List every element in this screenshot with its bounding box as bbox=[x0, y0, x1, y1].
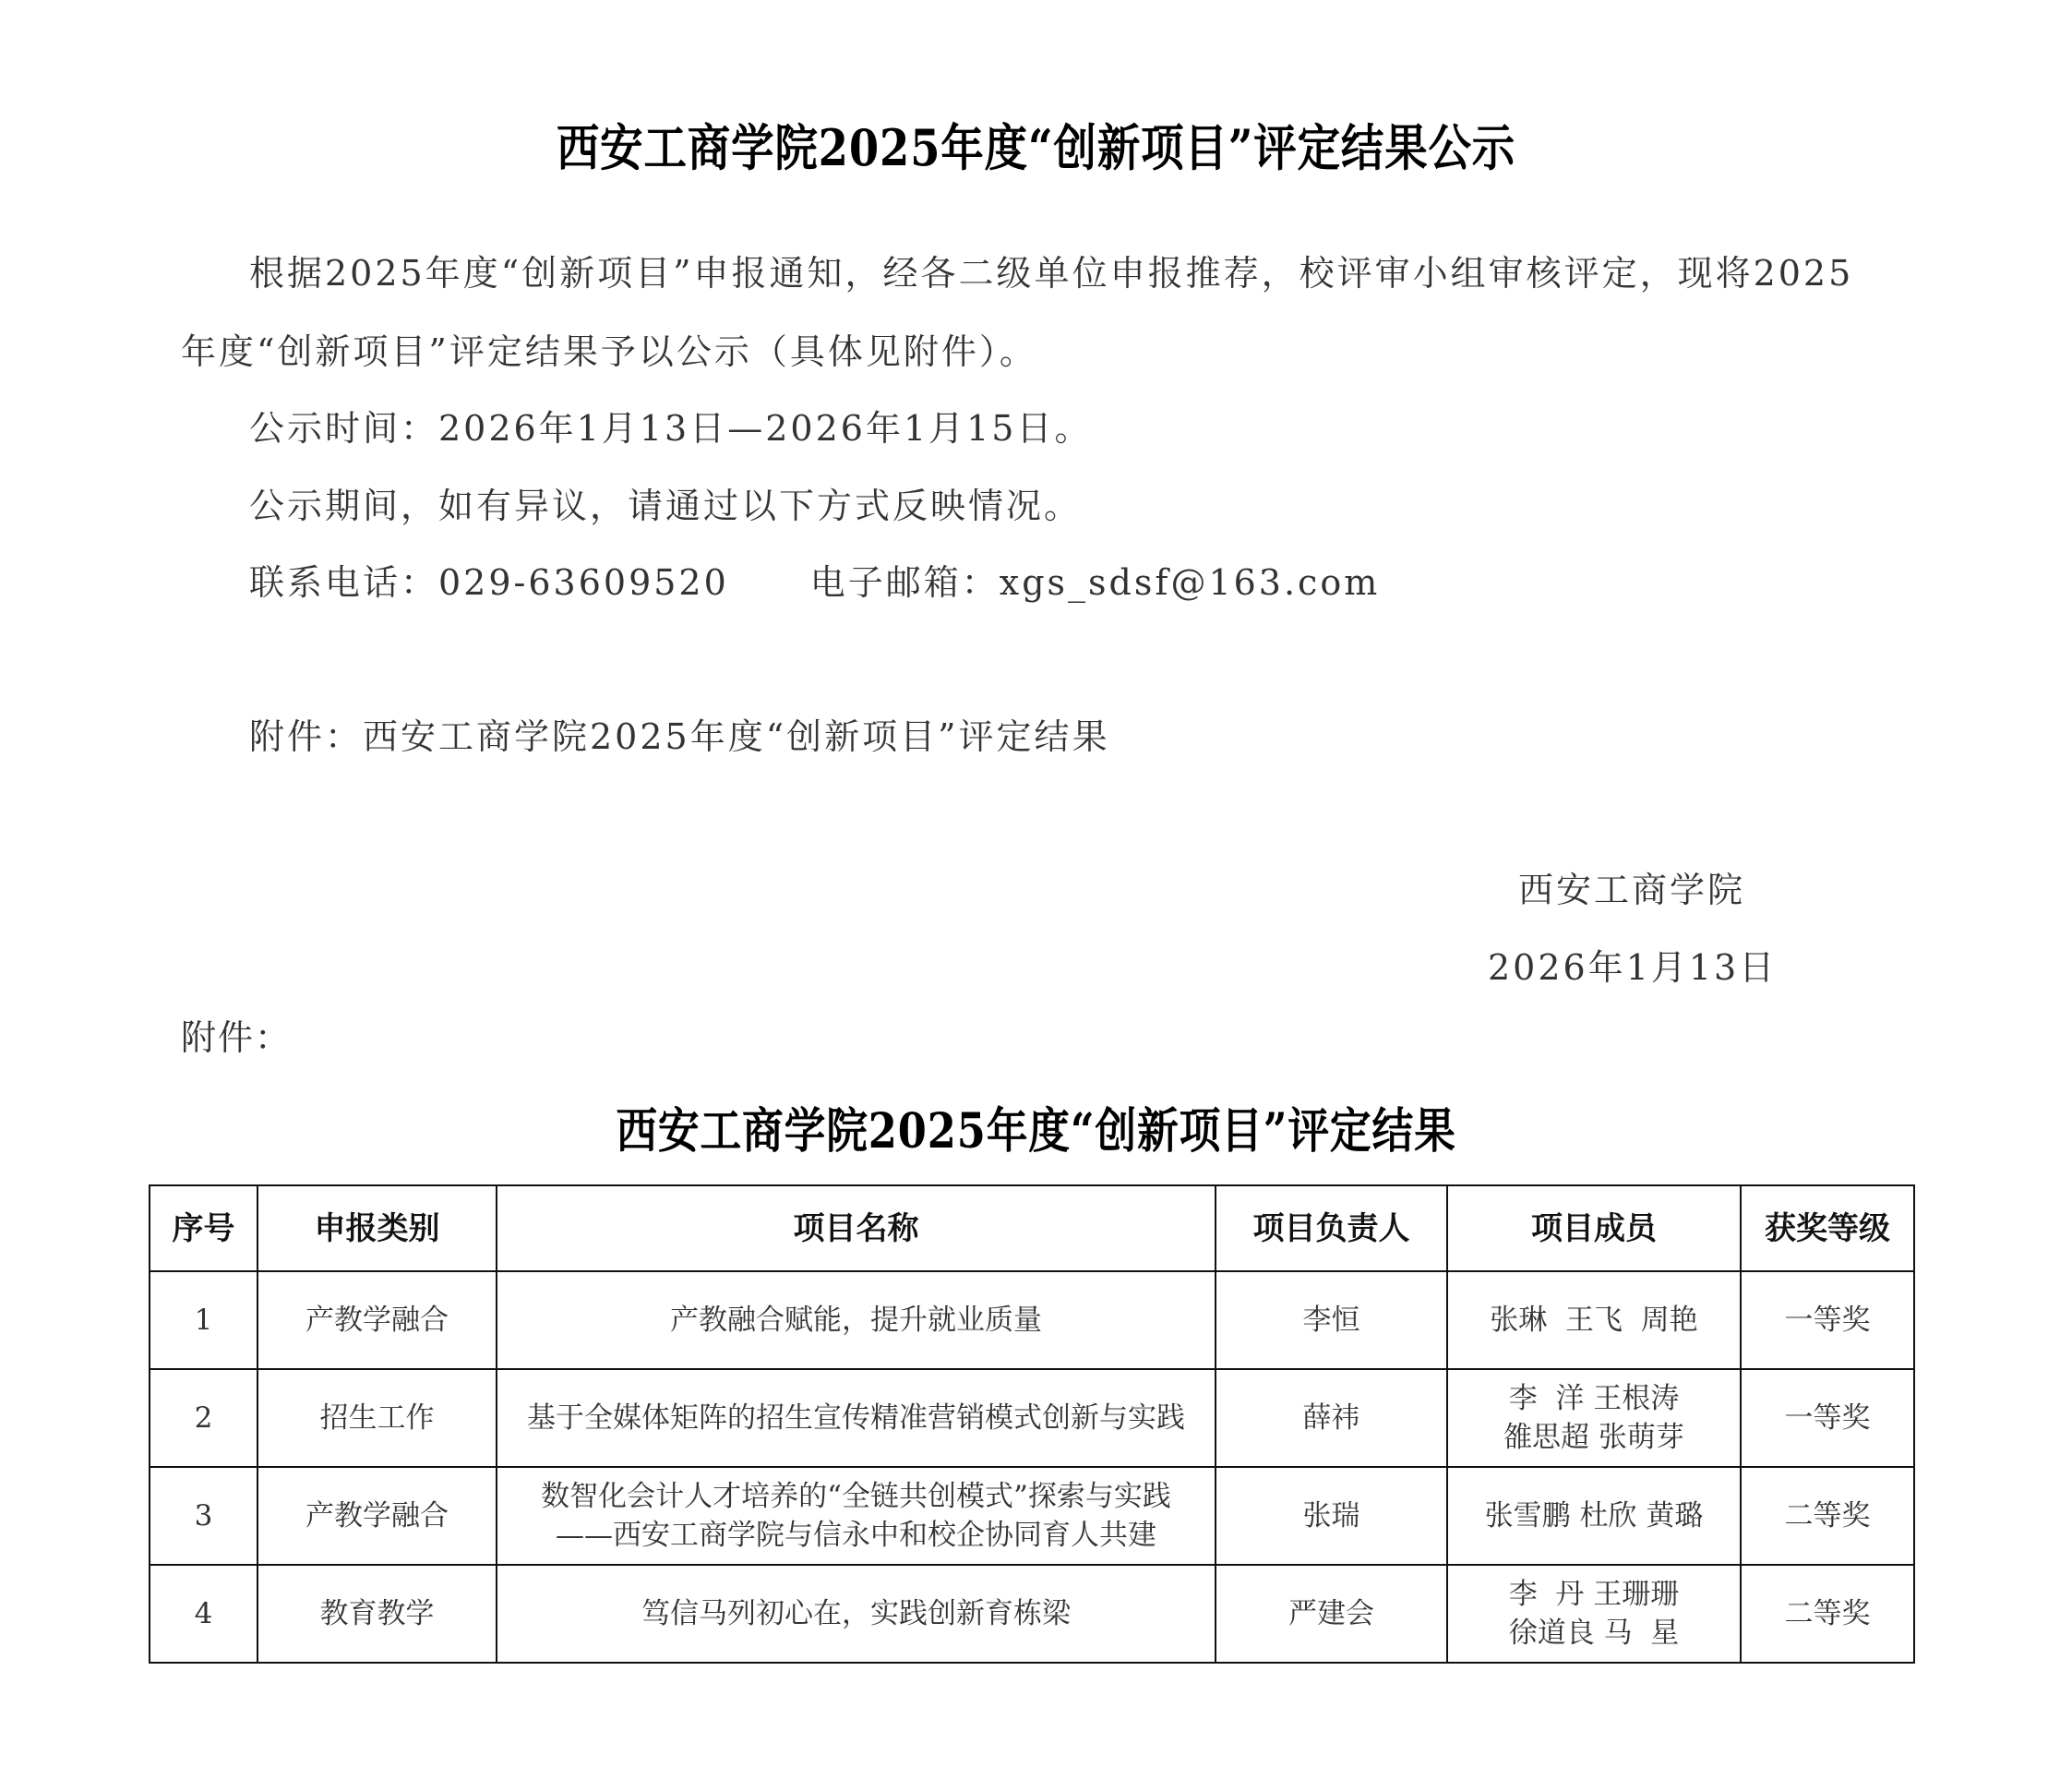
cell-award: 一等奖 bbox=[1741, 1271, 1914, 1369]
cell-leader: 薛祎 bbox=[1216, 1369, 1447, 1467]
cell-no: 3 bbox=[150, 1467, 258, 1565]
members-line: 张琳 王飞 周艳 bbox=[1454, 1301, 1734, 1340]
contact-email[interactable]: 电子邮箱：xgs_sdsf@163.com bbox=[810, 562, 1380, 603]
project-name-line: 产教融合赋能，提升就业质量 bbox=[503, 1301, 1209, 1340]
signature-organization: 西安工商学院 bbox=[1518, 861, 1745, 912]
table-row: 3 产教学融合 数智化会计人才培养的“全链共创模式”探索与实践 ——西安工商学院… bbox=[150, 1467, 1914, 1565]
intro-paragraph-line-1: 根据2025年度“创新项目”申报通知，经各二级单位申报推荐，校评审小组审核评定，… bbox=[249, 245, 1853, 295]
cell-members: 张雪鹏 杜欣 黄璐 bbox=[1447, 1467, 1741, 1565]
objection-note: 公示期间，如有异议，请通过以下方式反映情况。 bbox=[249, 477, 1082, 528]
project-name-line: 笃信马列初心在，实践创新育栋梁 bbox=[503, 1594, 1209, 1633]
announcement-title: 西安工商学院2025年度“创新项目”评定结果公示 bbox=[145, 109, 1927, 180]
attachment-title: 西安工商学院2025年度“创新项目”评定结果 bbox=[145, 1092, 1927, 1161]
table-row: 2 招生工作 基于全媒体矩阵的招生宣传精准营销模式创新与实践 薛祎 李 洋 王根… bbox=[150, 1369, 1914, 1467]
header-members: 项目成员 bbox=[1447, 1185, 1741, 1271]
cell-project-name: 数智化会计人才培养的“全链共创模式”探索与实践 ——西安工商学院与信永中和校企协… bbox=[497, 1467, 1216, 1565]
contact-phone: 联系电话：029-63609520 bbox=[249, 562, 729, 603]
intro-paragraph-line-2: 年度“创新项目”评定结果予以公示（具体见附件）。 bbox=[181, 323, 1037, 374]
project-name-line: 基于全媒体矩阵的招生宣传精准营销模式创新与实践 bbox=[503, 1399, 1209, 1437]
cell-project-name: 笃信马列初心在，实践创新育栋梁 bbox=[497, 1565, 1216, 1663]
signature-date: 2026年1月13日 bbox=[1488, 939, 1777, 990]
header-no: 序号 bbox=[150, 1185, 258, 1271]
cell-project-name: 基于全媒体矩阵的招生宣传精准营销模式创新与实践 bbox=[497, 1369, 1216, 1467]
project-name-line: 数智化会计人才培养的“全链共创模式”探索与实践 bbox=[503, 1477, 1209, 1516]
cell-category: 教育教学 bbox=[258, 1565, 497, 1663]
members-line: 雒思超 张萌芽 bbox=[1454, 1418, 1734, 1457]
header-category: 申报类别 bbox=[258, 1185, 497, 1271]
cell-project-name: 产教融合赋能，提升就业质量 bbox=[497, 1271, 1216, 1369]
attachment-reference: 附件：西安工商学院2025年度“创新项目”评定结果 bbox=[249, 708, 1110, 759]
cell-members: 李 洋 王根涛 雒思超 张萌芽 bbox=[1447, 1369, 1741, 1467]
contact-line: 联系电话：029-63609520电子邮箱：xgs_sdsf@163.com bbox=[249, 554, 1380, 605]
cell-category: 招生工作 bbox=[258, 1369, 497, 1467]
notice-period: 公示时间：2026年1月13日—2026年1月15日。 bbox=[249, 400, 1092, 451]
table-row: 4 教育教学 笃信马列初心在，实践创新育栋梁 严建会 李 丹 王珊珊 徐道良 马… bbox=[150, 1565, 1914, 1663]
cell-award: 一等奖 bbox=[1741, 1369, 1914, 1467]
members-line: 李 丹 王珊珊 bbox=[1454, 1575, 1734, 1614]
table-row: 1 产教学融合 产教融合赋能，提升就业质量 李恒 张琳 王飞 周艳 一等奖 bbox=[150, 1271, 1914, 1369]
cell-award: 二等奖 bbox=[1741, 1467, 1914, 1565]
cell-no: 1 bbox=[150, 1271, 258, 1369]
cell-no: 4 bbox=[150, 1565, 258, 1663]
members-line: 张雪鹏 杜欣 黄璐 bbox=[1454, 1497, 1734, 1535]
cell-members: 李 丹 王珊珊 徐道良 马 星 bbox=[1447, 1565, 1741, 1663]
cell-leader: 张瑞 bbox=[1216, 1467, 1447, 1565]
attachment-label: 附件： bbox=[181, 1009, 292, 1060]
table-header-row: 序号 申报类别 项目名称 项目负责人 项目成员 获奖等级 bbox=[150, 1185, 1914, 1271]
cell-leader: 李恒 bbox=[1216, 1271, 1447, 1369]
cell-category: 产教学融合 bbox=[258, 1467, 497, 1565]
results-table: 序号 申报类别 项目名称 项目负责人 项目成员 获奖等级 1 产教学融合 产教融… bbox=[149, 1184, 1915, 1664]
members-line: 徐道良 马 星 bbox=[1454, 1614, 1734, 1653]
header-award: 获奖等级 bbox=[1741, 1185, 1914, 1271]
header-leader: 项目负责人 bbox=[1216, 1185, 1447, 1271]
cell-award: 二等奖 bbox=[1741, 1565, 1914, 1663]
cell-category: 产教学融合 bbox=[258, 1271, 497, 1369]
project-name-line: ——西安工商学院与信永中和校企协同育人共建 bbox=[503, 1516, 1209, 1555]
cell-leader: 严建会 bbox=[1216, 1565, 1447, 1663]
members-line: 李 洋 王根涛 bbox=[1454, 1379, 1734, 1418]
cell-no: 2 bbox=[150, 1369, 258, 1467]
header-project-name: 项目名称 bbox=[497, 1185, 1216, 1271]
cell-members: 张琳 王飞 周艳 bbox=[1447, 1271, 1741, 1369]
